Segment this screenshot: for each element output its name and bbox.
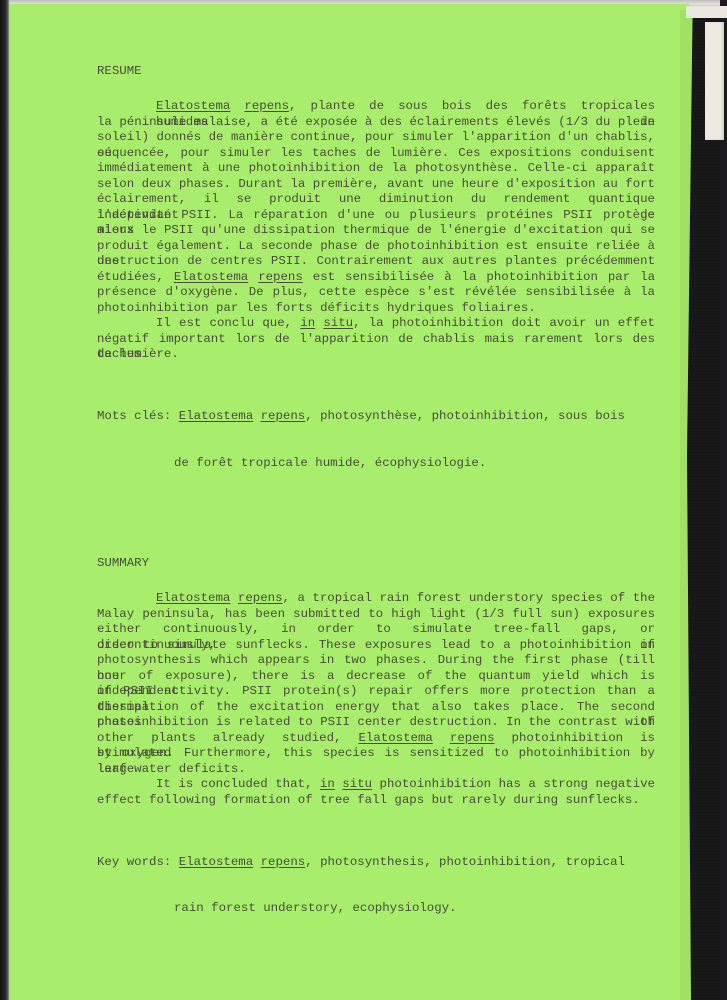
- text-line: Il est conclu que, in situ, la photoinhi…: [97, 316, 655, 332]
- summary-heading: SUMMARY: [97, 556, 655, 572]
- text-line: mieux le PSII qu'une dissipation thermiq…: [97, 223, 655, 239]
- underlined-term: situ: [342, 777, 372, 791]
- underlined-term: Elatostema: [179, 409, 253, 423]
- underlined-term: repens: [261, 855, 306, 869]
- resume-keywords: Mots clés: Elatostema repens, photosynth…: [97, 378, 655, 502]
- resume-heading: RESUME: [97, 64, 655, 80]
- summary-keywords-line-2: rain forest understory, ecophysiology.: [97, 901, 655, 917]
- text-line: other plants already studied, Elatostema…: [97, 731, 655, 747]
- underlined-term: situ: [323, 316, 353, 330]
- text-line: étudiées, Elatostema repens est sensibil…: [97, 270, 655, 286]
- text-line: Elatostema repens, plante de sous bois d…: [97, 99, 655, 115]
- summary-section: SUMMARY Elatostema repens, a tropical ra…: [97, 556, 655, 948]
- resume-keywords-line-1: Mots clés: Elatostema repens, photosynth…: [97, 409, 655, 425]
- text-line: hour of exposure), there is a decrease o…: [97, 669, 655, 685]
- summary-keywords-label: Key words:: [97, 855, 179, 869]
- text-line: photoinhibition is related to PSII cente…: [97, 715, 655, 731]
- underlined-term: repens: [244, 99, 289, 113]
- binding-top-corner: [686, 6, 727, 18]
- text-line: of PSII activity. PSII protein(s) repair…: [97, 684, 655, 700]
- text-line: either continuously, in order to simulat…: [97, 622, 655, 638]
- text-line: produit également. La seconde phase de p…: [97, 239, 655, 255]
- text-line: photoinhibition par les forts déficits h…: [97, 301, 655, 317]
- text-line: éclairement, il se produit une diminutio…: [97, 192, 655, 208]
- text-line: séquencée, pour simuler les taches de lu…: [97, 146, 655, 162]
- resume-paragraph-1: Elatostema repens, plante de sous bois d…: [97, 99, 655, 316]
- spine-label: [705, 22, 724, 140]
- text-line: l'activité PSII. La réparation d'une ou …: [97, 208, 655, 224]
- text-line: Malay peninsula, has been submitted to h…: [97, 607, 655, 623]
- text-line: immédiatement à une photoinhibition de l…: [97, 161, 655, 177]
- underlined-term: in: [320, 777, 335, 791]
- resume-paragraph-2: Il est conclu que, in situ, la photoinhi…: [97, 316, 655, 363]
- text-line: It is concluded that, in situ photoinhib…: [97, 777, 655, 793]
- resume-keywords-line-2: de forêt tropicale humide, écophysiologi…: [97, 456, 655, 472]
- underlined-term: repens: [261, 409, 306, 423]
- underlined-term: Elatostema: [174, 270, 248, 284]
- underlined-term: Elatostema: [156, 99, 230, 113]
- underlined-term: repens: [450, 731, 495, 745]
- text-line: destruction de centres PSII. Contraireme…: [97, 254, 655, 270]
- underlined-term: Elatostema: [358, 731, 432, 745]
- text-line: soleil) donnés de manière continue, pour…: [97, 130, 655, 146]
- scan-left-edge: [0, 0, 10, 1000]
- text-line: négatif important lors de l'apparition d…: [97, 332, 655, 348]
- summary-keywords-line-1: Key words: Elatostema repens, photosynth…: [97, 855, 655, 871]
- summary-paragraph-2: It is concluded that, in situ photoinhib…: [97, 777, 655, 808]
- underlined-term: repens: [258, 270, 303, 284]
- summary-paragraph-1: Elatostema repens, a tropical rain fores…: [97, 591, 655, 777]
- text-line: leaf water deficits.: [97, 762, 655, 778]
- underlined-term: in: [300, 316, 315, 330]
- underlined-term: repens: [238, 591, 283, 605]
- text-line: effect following formation of tree fall …: [97, 793, 655, 809]
- text-line: de lumière.: [97, 347, 655, 363]
- document-body: RESUME Elatostema repens, plante de sous…: [97, 64, 655, 948]
- text-line: dissipation of the excitation energy tha…: [97, 700, 655, 716]
- text-line: présence d'oxygène. De plus, cette espèc…: [97, 285, 655, 301]
- resume-keywords-label: Mots clés:: [97, 409, 179, 423]
- text-line: order to simulate sunflecks. These expos…: [97, 638, 655, 654]
- underlined-term: Elatostema: [156, 591, 230, 605]
- text-line: la péninsule malaise, a été exposée à de…: [97, 115, 655, 131]
- binding-spine-edge: [720, 0, 727, 1000]
- text-line: selon deux phases. Durant la première, a…: [97, 177, 655, 193]
- text-line: by oxygen. Furthermore, this species is …: [97, 746, 655, 762]
- text-line: Elatostema repens, a tropical rain fores…: [97, 591, 655, 607]
- resume-section: RESUME Elatostema repens, plante de sous…: [97, 64, 655, 502]
- underlined-term: Elatostema: [179, 855, 253, 869]
- text-line: photosynthesis which appears in two phas…: [97, 653, 655, 669]
- summary-keywords: Key words: Elatostema repens, photosynth…: [97, 824, 655, 948]
